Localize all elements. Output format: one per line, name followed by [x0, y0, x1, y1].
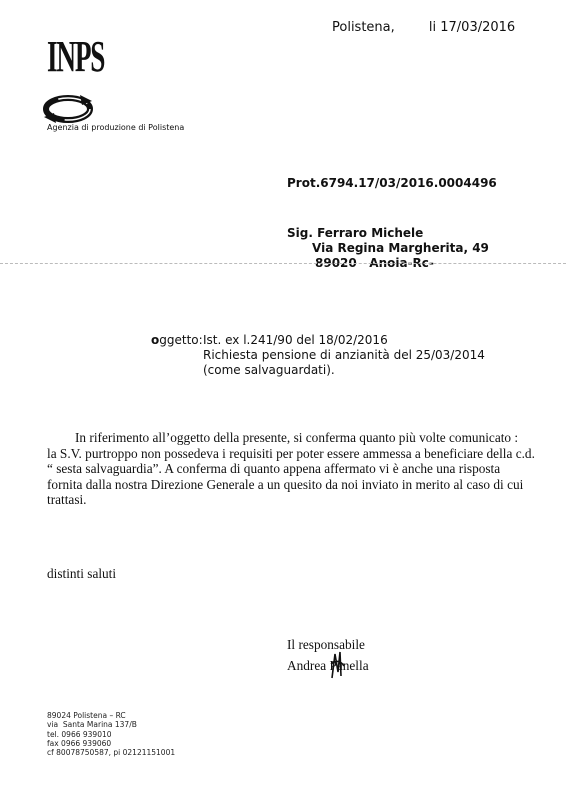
closing-salutation: distinti saluti	[47, 566, 116, 582]
subject-block: oggetto:Ist. ex l.241/90 del 18/02/2016 …	[151, 333, 485, 378]
subject-label: oggetto:	[151, 333, 203, 348]
agency-name: Agenzia di produzione di Polistena	[47, 123, 184, 132]
footer-line: via Santa Marina 137/B	[47, 720, 175, 729]
footer-line: tel. 0966 939010	[47, 730, 175, 739]
footer-contact: 89024 Polistena – RC via Santa Marina 13…	[47, 711, 175, 757]
letter-body: In riferimento all’oggetto della present…	[47, 430, 537, 508]
subject-line: Ist. ex l.241/90 del 18/02/2016	[203, 333, 388, 347]
body-paragraph: In riferimento all’oggetto della present…	[47, 430, 537, 446]
body-paragraph: la S.V. purtroppo non possedeva i requis…	[47, 446, 537, 508]
date-city: Polistena,	[332, 20, 395, 35]
circular-arrows-icon	[40, 92, 96, 126]
recipient-address: Sig. Ferraro Michele Via Regina Margheri…	[287, 226, 489, 271]
footer-line: cf 80078750587, pi 02121151001	[47, 748, 175, 757]
subject-line: (come salvaguardati).	[151, 363, 485, 378]
letter-date: li 17/03/2016	[429, 20, 515, 35]
fold-line-divider	[0, 263, 566, 264]
footer-line: 89024 Polistena – RC	[47, 711, 175, 720]
inps-logo: INPS	[47, 34, 104, 80]
signature-block: Il responsabile Andrea Panella	[287, 634, 369, 676]
handwritten-signature-icon	[329, 650, 345, 680]
date-line: Polistena, li 17/03/2016	[332, 20, 515, 35]
footer-line: fax 0966 939060	[47, 739, 175, 748]
recipient-street: Via Regina Margherita, 49	[287, 241, 489, 256]
signer-name: Andrea Panella	[287, 655, 369, 676]
subject-line: Richiesta pensione di anzianità del 25/0…	[151, 348, 485, 363]
protocol-number: Prot.6794.17/03/2016.0004496	[287, 176, 497, 190]
signer-title: Il responsabile	[287, 634, 369, 655]
recipient-name: Sig. Ferraro Michele	[287, 226, 489, 241]
